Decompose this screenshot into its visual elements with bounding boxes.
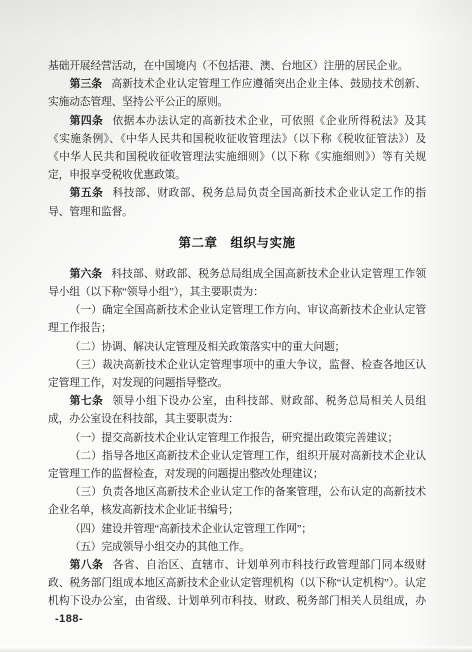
section-before-heading: 基础开展经营活动，在中国境内（不包括港、澳、台地区）注册的居民企业。第三条高新技… xyxy=(48,57,426,221)
paragraph-text: （三）裁决高新技术企业认定管理事项中的重大争议，监督、检查各地区认定管理工作，对… xyxy=(48,359,426,389)
body-paragraph: 基础开展经营活动，在中国境内（不包括港、澳、台地区）注册的居民企业。 xyxy=(48,57,426,75)
article-paragraph: 第七条领导小组下设办公室，由科技部、财政部、税务总局相关人员组成，办公室设在科技… xyxy=(48,392,426,428)
body-paragraph: （一）提交高新技术企业认定管理工作报告，研究提出政策完善建议； xyxy=(48,429,426,447)
paragraph-text: 基础开展经营活动，在中国境内（不包括港、澳、台地区）注册的居民企业。 xyxy=(48,60,408,72)
article-number: 第五条 xyxy=(70,187,104,199)
paragraph-text: （二）协调、解决认定管理及相关政策落实中的重大问题； xyxy=(70,341,346,353)
paragraph-text: （一）提交高新技术企业认定管理工作报告，研究提出政策完善建议； xyxy=(70,432,399,444)
body-paragraph: （三）裁决高新技术企业认定管理事项中的重大争议，监督、检查各地区认定管理工作，对… xyxy=(48,356,426,392)
paragraph-text: （二）指导各地区高新技术企业认定管理工作，组织开展对高新技术企业认定管理工作的监… xyxy=(48,450,426,480)
paragraph-text: （一）确定全国高新技术企业认定管理工作方向、审议高新技术企业认定管理工作报告； xyxy=(48,304,426,334)
article-paragraph: 第三条高新技术企业认定管理工作应遵循突出企业主体、鼓励技术创新、实施动态管理、坚… xyxy=(48,75,426,111)
paragraph-text: （三）负责各地区高新技术企业认定工作的备案管理，公布认定的高新技术企业名单，核发… xyxy=(48,486,426,516)
body-paragraph: （四）建设并管理“高新技术企业认定管理工作网”； xyxy=(48,520,426,538)
article-number: 第三条 xyxy=(70,78,103,90)
paragraph-text: 各省、自治区、直辖市、计划单列市科技行政管理部门同本级财政、税务部门组成本地区高… xyxy=(48,559,426,609)
paragraph-text: 科技部、财政部、税务总局组成全国高新技术企业认定管理工作领导小组（以下称“领导小… xyxy=(48,268,426,298)
article-paragraph: 第六条科技部、财政部、税务总局组成全国高新技术企业认定管理工作领导小组（以下称“… xyxy=(48,265,426,301)
chapter-heading: 第二章 组织与实施 xyxy=(48,234,426,253)
article-number: 第八条 xyxy=(70,559,104,571)
article-paragraph: 第八条各省、自治区、直辖市、计划单列市科技行政管理部门同本级财政、税务部门组成本… xyxy=(48,556,426,609)
paragraph-text: （五）完成领导小组交办的其他工作。 xyxy=(70,541,250,553)
article-number: 第七条 xyxy=(70,395,104,407)
body-paragraph: （一）确定全国高新技术企业认定管理工作方向、审议高新技术企业认定管理工作报告； xyxy=(48,301,426,337)
article-number: 第六条 xyxy=(70,268,103,280)
document-page: 基础开展经营活动，在中国境内（不包括港、澳、台地区）注册的居民企业。第三条高新技… xyxy=(0,0,472,652)
section-after-heading: 第六条科技部、财政部、税务总局组成全国高新技术企业认定管理工作领导小组（以下称“… xyxy=(48,265,426,609)
paragraph-text: 高新技术企业认定管理工作应遵循突出企业主体、鼓励技术创新、实施动态管理、坚持公平… xyxy=(48,78,426,108)
body-paragraph: （五）完成领导小组交办的其他工作。 xyxy=(48,538,426,556)
page-number: -188- xyxy=(55,613,83,625)
body-paragraph: （二）指导各地区高新技术企业认定管理工作，组织开展对高新技术企业认定管理工作的监… xyxy=(48,447,426,483)
paragraph-text: 科技部、财政部、税务总局负责全国高新技术企业认定工作的指导、管理和监督。 xyxy=(48,187,426,217)
paragraph-text: 领导小组下设办公室，由科技部、财政部、税务总局相关人员组成，办公室设在科技部，其… xyxy=(48,395,426,425)
article-paragraph: 第四条依据本办法认定的高新技术企业，可依照《企业所得税法》及其《实施条例》、《中… xyxy=(48,112,426,185)
paragraph-text: （四）建设并管理“高新技术企业认定管理工作网”； xyxy=(70,523,312,535)
body-paragraph: （三）负责各地区高新技术企业认定工作的备案管理，公布认定的高新技术企业名单，核发… xyxy=(48,483,426,519)
article-paragraph: 第五条科技部、财政部、税务总局负责全国高新技术企业认定工作的指导、管理和监督。 xyxy=(48,184,426,220)
text-block: 基础开展经营活动，在中国境内（不包括港、澳、台地区）注册的居民企业。第三条高新技… xyxy=(48,57,426,609)
paragraph-text: 依据本办法认定的高新技术企业，可依照《企业所得税法》及其《实施条例》、《中华人民… xyxy=(48,115,426,182)
article-number: 第四条 xyxy=(70,115,104,127)
body-paragraph: （二）协调、解决认定管理及相关政策落实中的重大问题； xyxy=(48,338,426,356)
